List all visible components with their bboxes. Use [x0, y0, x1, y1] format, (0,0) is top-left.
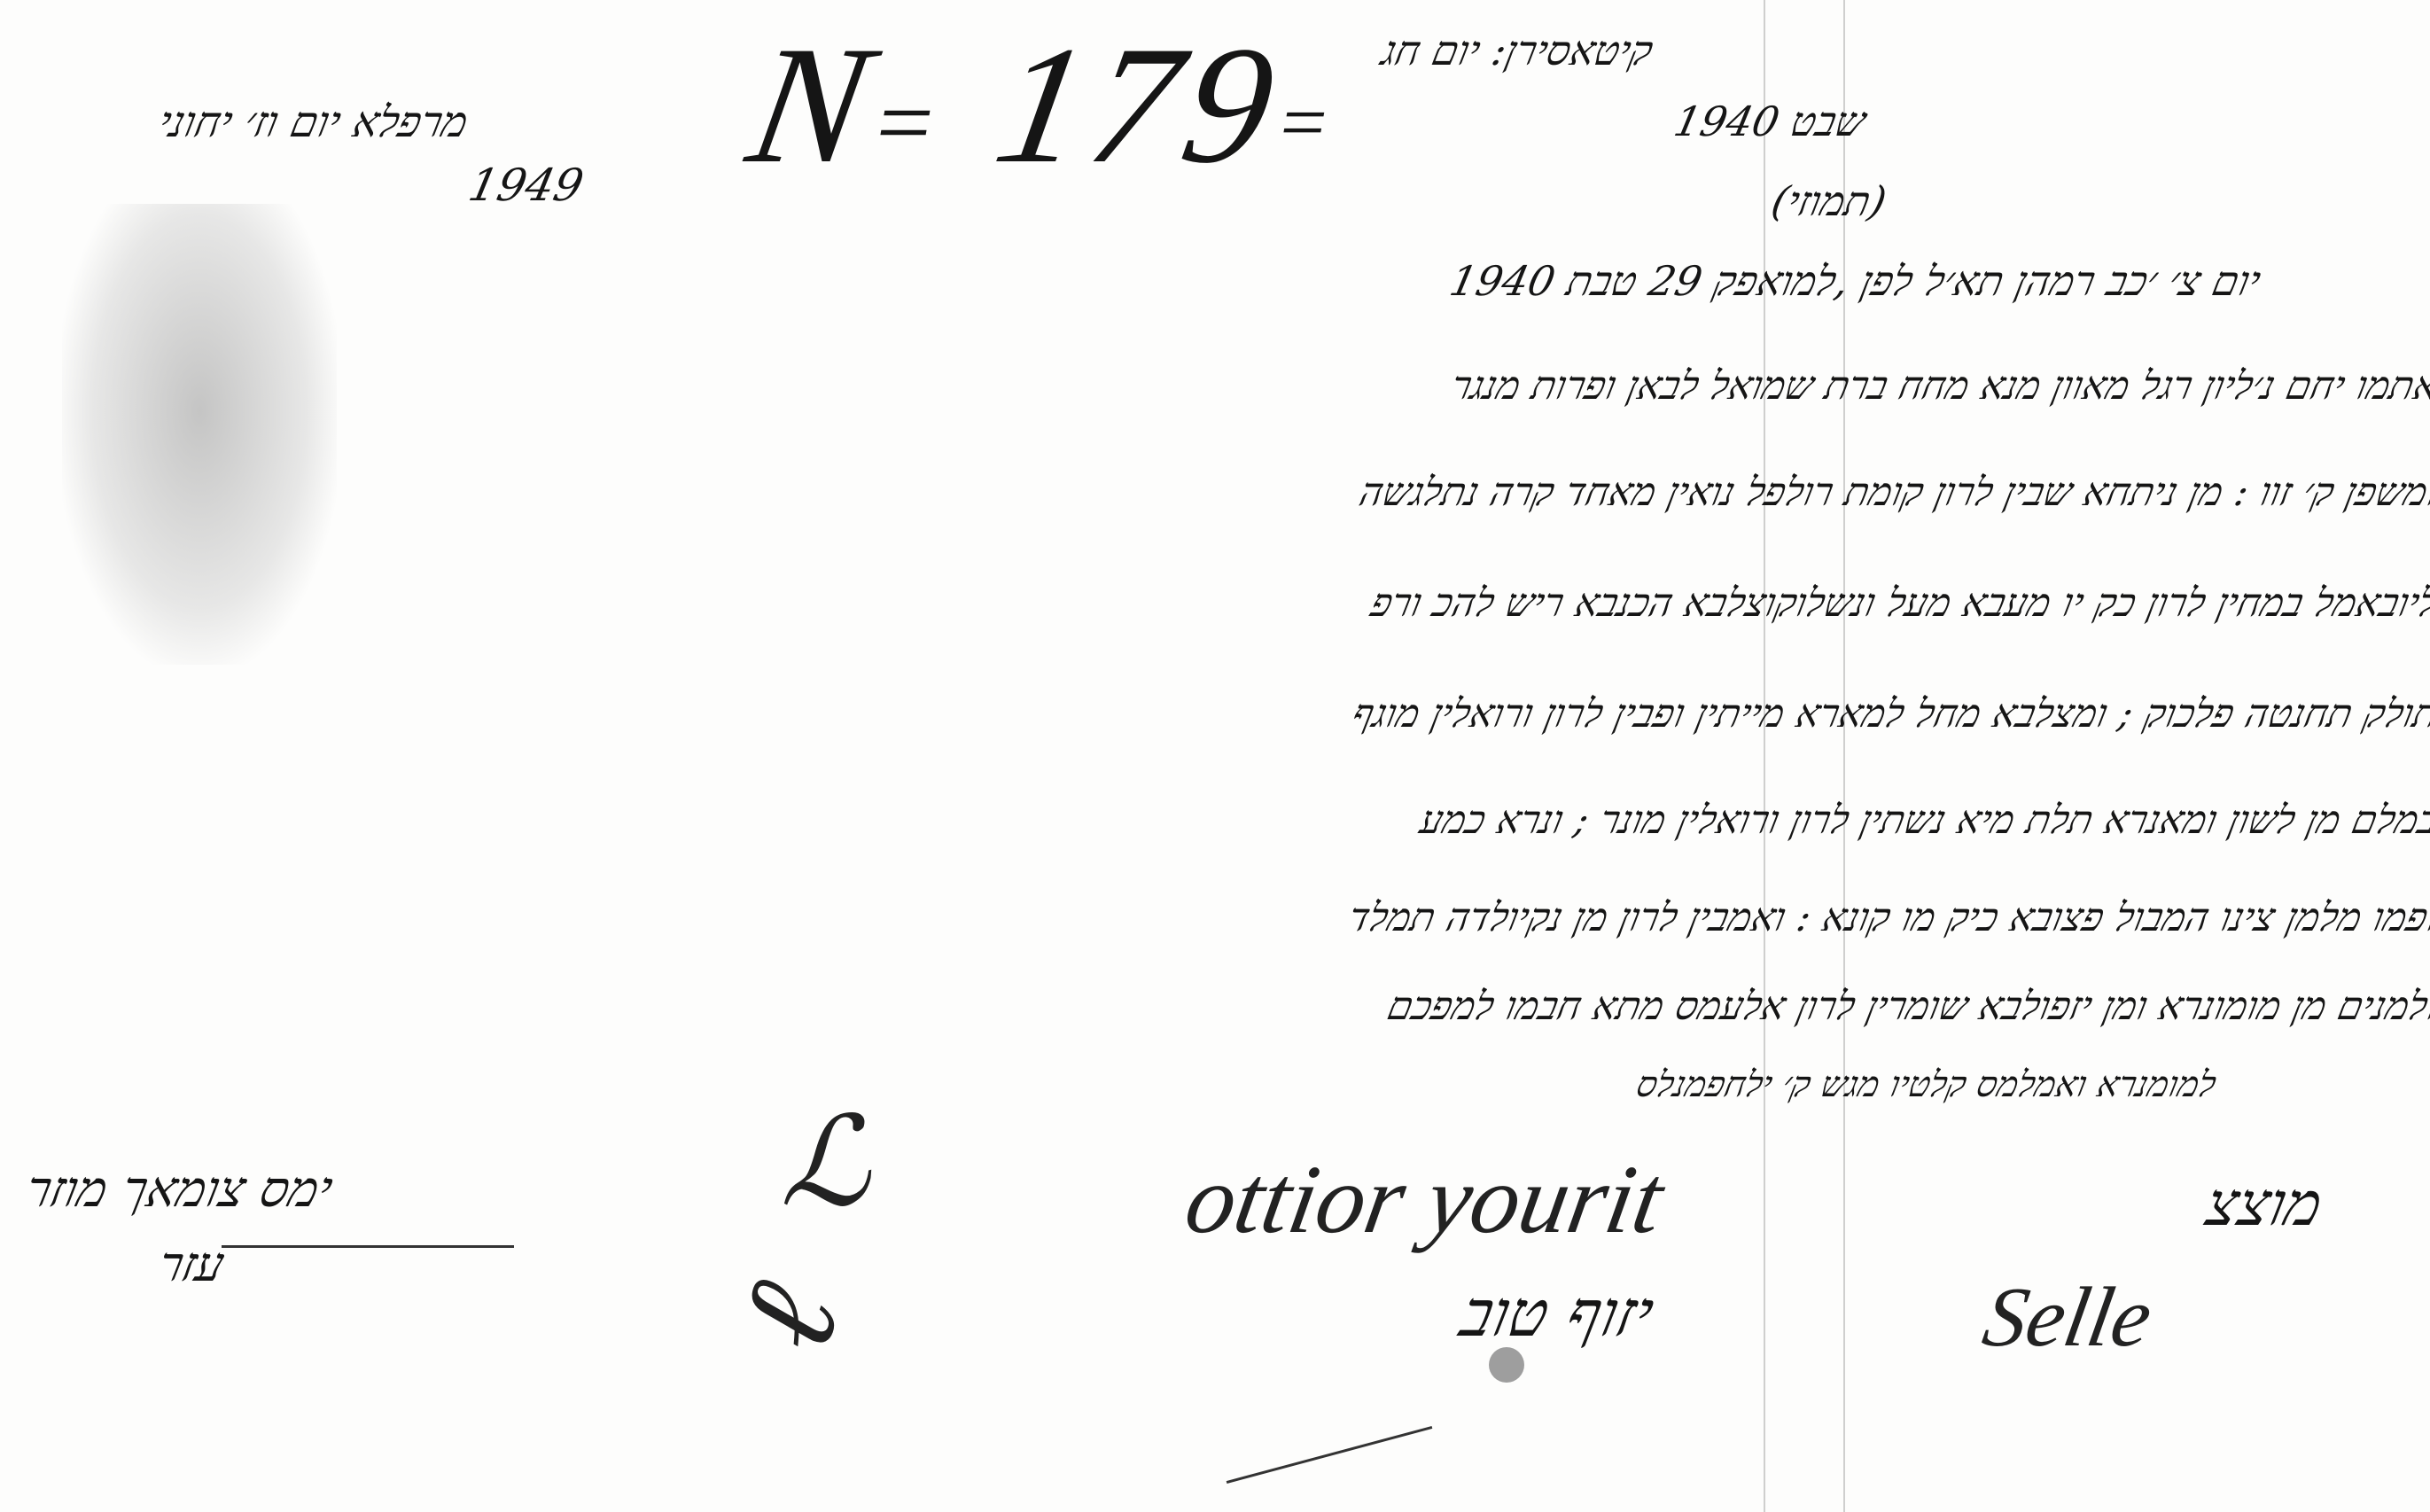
date-line: יום צ׳ ׳כב רמהן תא׳ל לפן ,למואפק 29 טבת … — [615, 257, 2264, 305]
signature-flourish-bottom: ℓ — [709, 1265, 871, 1369]
top-right-note: קיטאסירן: יום חג — [1377, 27, 1657, 74]
body-line: תולק תחנטה פלכוק ; ומצלבא מחל למארא מיית… — [164, 691, 2430, 737]
signature-right-scrawl: Selle — [1976, 1267, 2159, 1366]
fold-line — [1843, 0, 1845, 1512]
ink-dash — [1227, 1426, 1433, 1484]
signature-center-scrawl: ottior yourit — [1178, 1143, 1671, 1256]
body-line: ולמנים מן מומונרא ומן יזפולבא שומרין לרו… — [244, 984, 2430, 1029]
signature-underline — [222, 1245, 514, 1248]
ink-blot — [1489, 1347, 1524, 1383]
fold-line — [1764, 0, 1765, 1512]
signature-left: ימס צומאך מוזר — [20, 1161, 338, 1219]
parenthetical-note: (תמוזי) — [1767, 177, 1890, 225]
top-left-note: מרפלא יום וז׳ יחוני — [154, 97, 472, 147]
document-page: N= 179= מרפלא יום וז׳ יחוני 1949 קיטאסיר… — [0, 0, 2430, 1512]
top-right-date: שבט 1940 — [1670, 97, 1870, 145]
signature-far-right: מוצצ — [2200, 1170, 2329, 1240]
body-line: במלם מן לשון ומאנרא תלת מיא נשתין לרון ו… — [164, 798, 2430, 843]
body-line: אתמו יחם נ׳ליון רגל מאוון מנא מחח ברת שמ… — [164, 363, 2430, 409]
body-line: ומשפן ק׳ זוו : מן ניתחא שבין לרון קומת ר… — [164, 470, 2430, 515]
top-left-year: 1949 — [464, 160, 588, 211]
signature-center-hebrew: יזוף טוב — [1454, 1276, 1660, 1352]
signature-flourish-left: ℒ — [780, 1090, 869, 1235]
signature-left-sub: עזר — [153, 1236, 230, 1292]
body-line: ופמו מלמן צינו המבול פצובא כיק מו קונא :… — [164, 895, 2430, 940]
document-number: N= 179= — [736, 9, 1359, 202]
body-line: ליובאמל במחין לרון כק יו מעבא מעל ונשלוק… — [164, 581, 2430, 626]
